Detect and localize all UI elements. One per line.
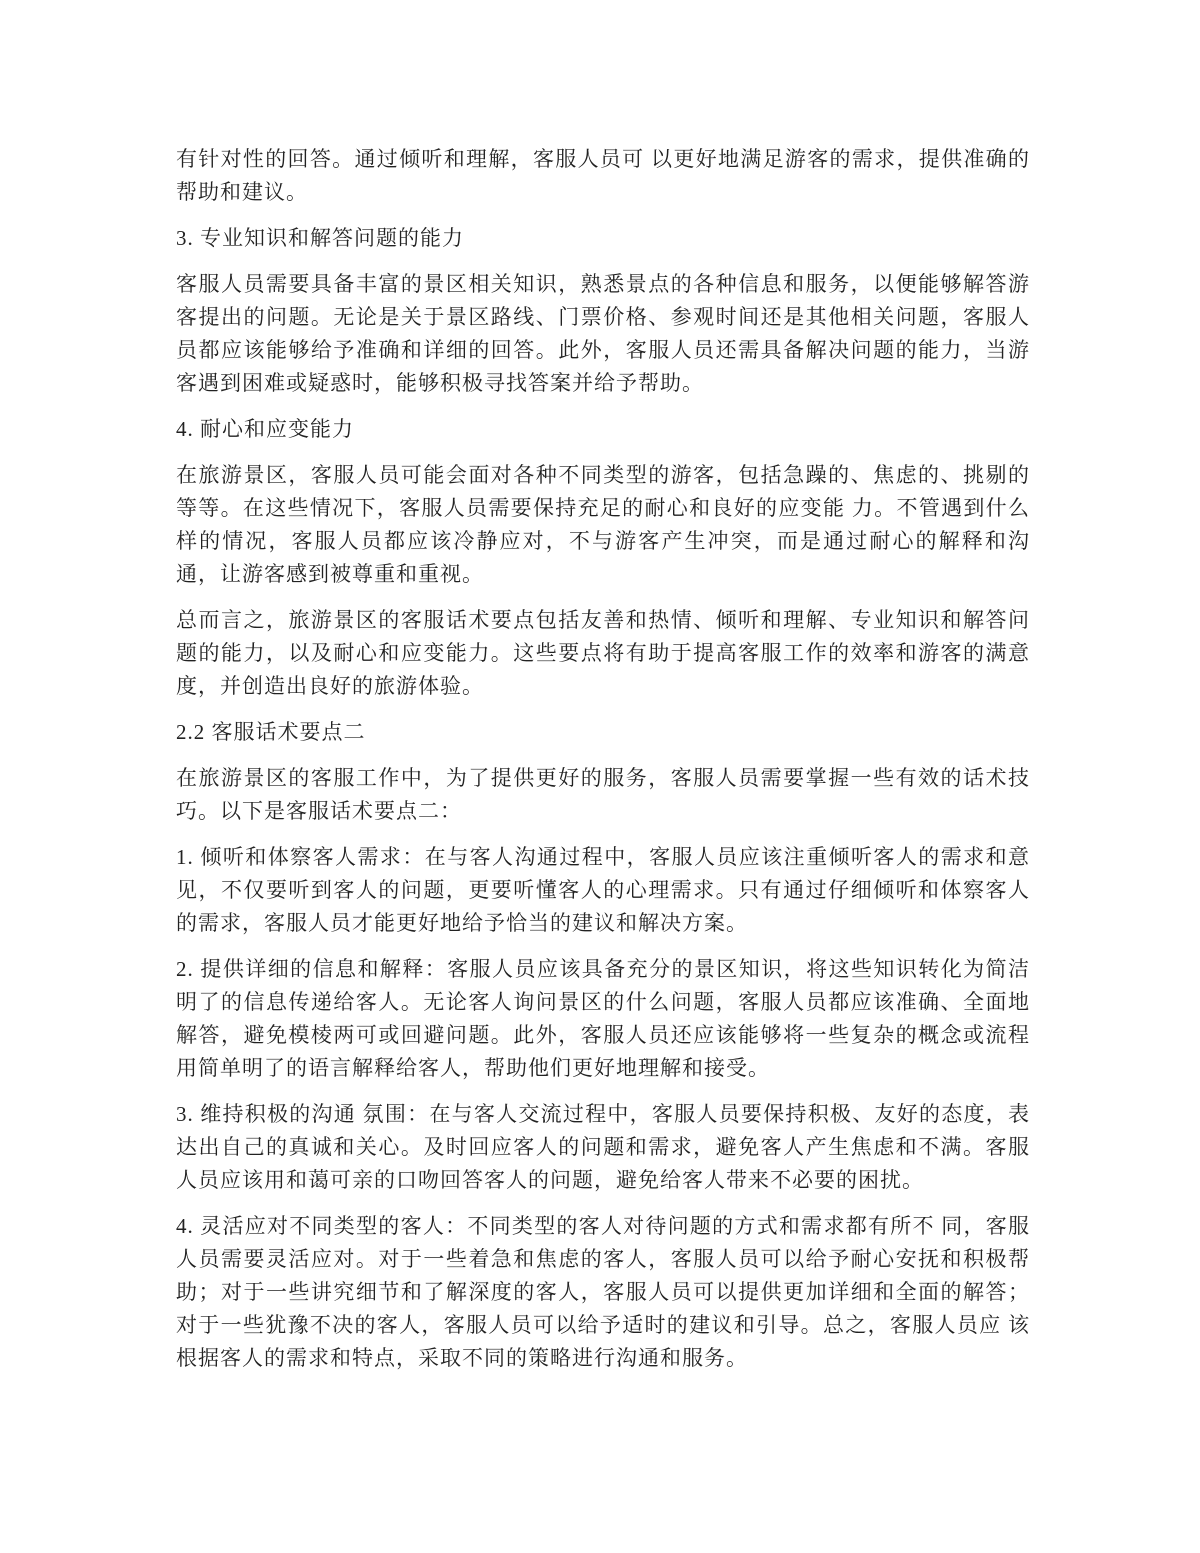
section-heading: 4. 耐心和应变能力 — [176, 413, 1030, 446]
numbered-list-item: 1. 倾听和体察客人需求：在与客人沟通过程中，客服人员应该注重倾听客人的需求和意… — [176, 841, 1030, 940]
body-paragraph: 总而言之，旅游景区的客服话术要点包括友善和热情、倾听和理解、专业知识和解答问题的… — [176, 604, 1030, 703]
body-paragraph: 有针对性的回答。通过倾听和理解，客服人员可 以更好地满足游客的需求，提供准确的帮… — [176, 143, 1030, 209]
numbered-list-item: 4. 灵活应对不同类型的客人：不同类型的客人对待问题的方式和需求都有所不 同，客… — [176, 1210, 1030, 1375]
document-text-body: 有针对性的回答。通过倾听和理解，客服人员可 以更好地满足游客的需求，提供准确的帮… — [176, 143, 1030, 1388]
numbered-list-item: 3. 维持积极的沟通 氛围：在与客人交流过程中，客服人员要保持积极、友好的态度，… — [176, 1098, 1030, 1197]
numbered-list-item: 2. 提供详细的信息和解释：客服人员应该具备充分的景区知识，将这些知识转化为简洁… — [176, 953, 1030, 1085]
body-paragraph: 在旅游景区，客服人员可能会面对各种不同类型的游客，包括急躁的、焦虑的、挑剔的等等… — [176, 459, 1030, 591]
section-heading: 3. 专业知识和解答问题的能力 — [176, 222, 1030, 255]
body-paragraph: 在旅游景区的客服工作中，为了提供更好的服务，客服人员需要掌握一些有效的话术技巧。… — [176, 762, 1030, 828]
document-page: 有针对性的回答。通过倾听和理解，客服人员可 以更好地满足游客的需求，提供准确的帮… — [0, 0, 1200, 1553]
section-heading: 2.2 客服话术要点二 — [176, 716, 1030, 749]
body-paragraph: 客服人员需要具备丰富的景区相关知识，熟悉景点的各种信息和服务，以便能够解答游客提… — [176, 268, 1030, 400]
